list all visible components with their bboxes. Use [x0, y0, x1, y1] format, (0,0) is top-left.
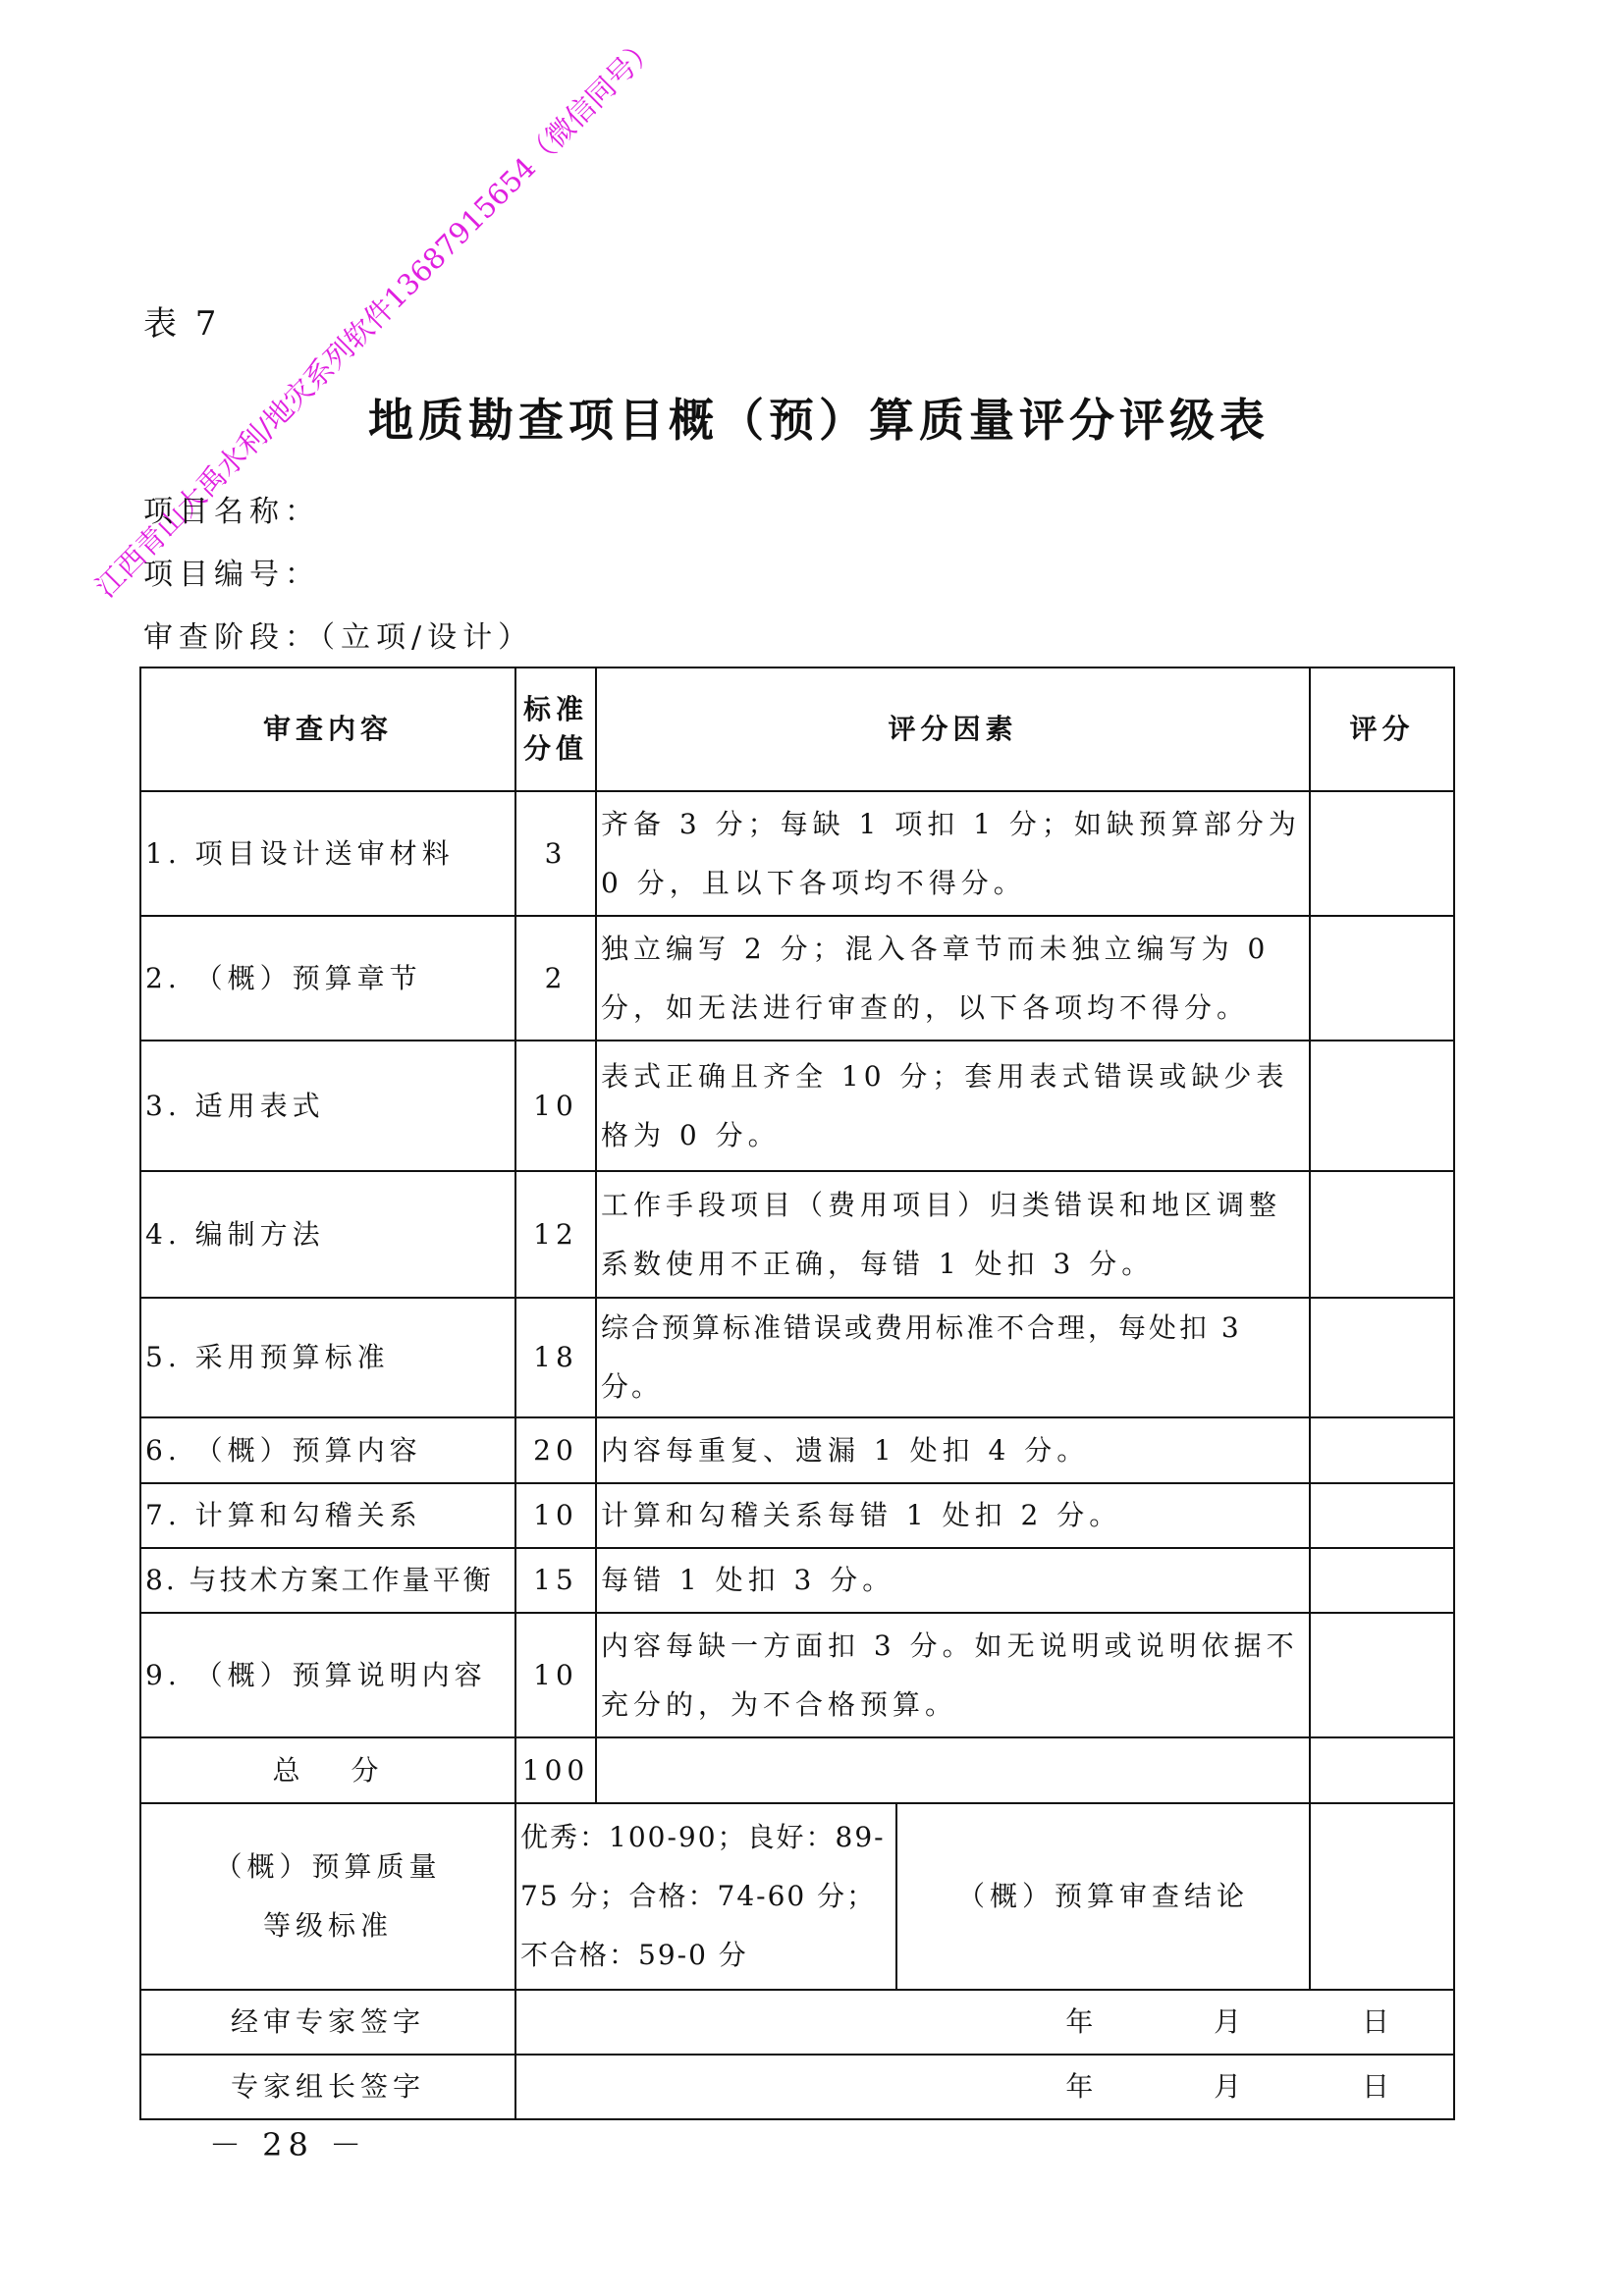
- row-score-input[interactable]: [1310, 1041, 1454, 1171]
- signature-field[interactable]: 年 月 日: [515, 2055, 1454, 2119]
- page-title: 地质勘查项目概（预）算质量评分评级表: [0, 385, 1624, 450]
- row-standard: 15: [515, 1548, 596, 1613]
- signature-row: 专家组长签字 年 月 日: [140, 2055, 1454, 2119]
- row-content: 7. 计算和勾稽关系: [140, 1483, 515, 1548]
- total-score-input[interactable]: [1310, 1737, 1454, 1803]
- row-standard: 10: [515, 1483, 596, 1548]
- row-standard: 2: [515, 916, 596, 1041]
- row-score-input[interactable]: [1310, 1417, 1454, 1483]
- table-label: 表 7: [143, 296, 220, 345]
- table-row: 2. （概）预算章节 2 独立编写 2 分；混入各章节而未独立编写为 0 分，如…: [140, 916, 1454, 1041]
- total-label: 总 分: [140, 1737, 515, 1803]
- project-number-label: 项目编号：: [143, 550, 320, 593]
- review-stage-label: 审查阶段：（立项/设计）: [143, 613, 533, 656]
- table-row: 1. 项目设计送审材料 3 齐备 3 分；每缺 1 项扣 1 分；如缺预算部分为…: [140, 791, 1454, 916]
- table-row: 4. 编制方法 12 工作手段项目（费用项目）归类错误和地区调整系数使用不正确，…: [140, 1171, 1454, 1298]
- row-content: 4. 编制方法: [140, 1171, 515, 1298]
- grade-row: （概）预算质量 等级标准 优秀：100-90；良好：89-75 分；合格：74-…: [140, 1803, 1454, 1990]
- row-standard: 20: [515, 1417, 596, 1483]
- signature-row: 经审专家签字 年 月 日: [140, 1990, 1454, 2055]
- row-score-input[interactable]: [1310, 1171, 1454, 1298]
- grade-label-line1: （概）预算质量: [145, 1838, 511, 1896]
- row-content: 3. 适用表式: [140, 1041, 515, 1171]
- signature-label: 专家组长签字: [140, 2055, 515, 2119]
- grade-label-line2: 等级标准: [145, 1896, 511, 1955]
- row-factor: 齐备 3 分；每缺 1 项扣 1 分；如缺预算部分为 0 分，且以下各项均不得分…: [596, 791, 1310, 916]
- table-row: 3. 适用表式 10 表式正确且齐全 10 分；套用表式错误或缺少表格为 0 分…: [140, 1041, 1454, 1171]
- row-score-input[interactable]: [1310, 1483, 1454, 1548]
- row-factor: 内容每缺一方面扣 3 分。如无说明或说明依据不充分的，为不合格预算。: [596, 1613, 1310, 1737]
- row-standard: 12: [515, 1171, 596, 1298]
- row-factor: 计算和勾稽关系每错 1 处扣 2 分。: [596, 1483, 1310, 1548]
- table-row: 6. （概）预算内容 20 内容每重复、遗漏 1 处扣 4 分。: [140, 1417, 1454, 1483]
- header-score: 评分: [1310, 667, 1454, 791]
- row-content: 5. 采用预算标准: [140, 1298, 515, 1417]
- row-score-input[interactable]: [1310, 1613, 1454, 1737]
- row-content: 1. 项目设计送审材料: [140, 791, 515, 916]
- scoring-table: 审查内容 标准 分值 评分因素 评分 1. 项目设计送审材料 3 齐备 3 分；…: [139, 667, 1455, 2120]
- total-standard: 100: [515, 1737, 596, 1803]
- signature-day: 日: [1362, 2057, 1394, 2116]
- row-score-input[interactable]: [1310, 916, 1454, 1041]
- row-content: 9. （概）预算说明内容: [140, 1613, 515, 1737]
- header-content: 审查内容: [140, 667, 515, 791]
- row-standard: 18: [515, 1298, 596, 1417]
- row-content: 2. （概）预算章节: [140, 916, 515, 1041]
- row-factor: 综合预算标准错误或费用标准不合理，每处扣 3 分。: [596, 1298, 1310, 1417]
- row-score-input[interactable]: [1310, 791, 1454, 916]
- table-header-row: 审查内容 标准 分值 评分因素 评分: [140, 667, 1454, 791]
- signature-field[interactable]: 年 月 日: [515, 1990, 1454, 2055]
- row-standard: 10: [515, 1613, 596, 1737]
- signature-year: 年: [1065, 2057, 1098, 2116]
- conclusion-input[interactable]: [1310, 1803, 1454, 1990]
- row-factor: 工作手段项目（费用项目）归类错误和地区调整系数使用不正确，每错 1 处扣 3 分…: [596, 1171, 1310, 1298]
- page-number: － 28 －: [209, 2120, 367, 2165]
- conclusion-label: （概）预算审查结论: [896, 1803, 1310, 1990]
- table-row: 7. 计算和勾稽关系 10 计算和勾稽关系每错 1 处扣 2 分。: [140, 1483, 1454, 1548]
- signature-year: 年: [1065, 1993, 1098, 2052]
- total-factor: [596, 1737, 1310, 1803]
- signature-month: 月: [1214, 1993, 1246, 2052]
- row-content: 6. （概）预算内容: [140, 1417, 515, 1483]
- grade-criteria: 优秀：100-90；良好：89-75 分；合格：74-60 分；不合格：59-0…: [515, 1803, 896, 1990]
- row-factor: 独立编写 2 分；混入各章节而未独立编写为 0 分，如无法进行审查的，以下各项均…: [596, 916, 1310, 1041]
- row-standard: 3: [515, 791, 596, 916]
- row-factor: 表式正确且齐全 10 分；套用表式错误或缺少表格为 0 分。: [596, 1041, 1310, 1171]
- signature-month: 月: [1214, 2057, 1246, 2116]
- row-standard: 10: [515, 1041, 596, 1171]
- header-factors: 评分因素: [596, 667, 1310, 791]
- project-name-label: 项目名称：: [143, 487, 320, 530]
- signature-label: 经审专家签字: [140, 1990, 515, 2055]
- signature-day: 日: [1362, 1993, 1394, 2052]
- table-row: 5. 采用预算标准 18 综合预算标准错误或费用标准不合理，每处扣 3 分。: [140, 1298, 1454, 1417]
- header-standard-line2: 分值: [516, 729, 595, 769]
- row-score-input[interactable]: [1310, 1298, 1454, 1417]
- header-standard-line1: 标准: [516, 690, 595, 729]
- grade-label: （概）预算质量 等级标准: [140, 1803, 515, 1990]
- row-score-input[interactable]: [1310, 1548, 1454, 1613]
- row-factor: 内容每重复、遗漏 1 处扣 4 分。: [596, 1417, 1310, 1483]
- table-row: 8. 与技术方案工作量平衡 15 每错 1 处扣 3 分。: [140, 1548, 1454, 1613]
- table-row: 9. （概）预算说明内容 10 内容每缺一方面扣 3 分。如无说明或说明依据不充…: [140, 1613, 1454, 1737]
- row-content: 8. 与技术方案工作量平衡: [140, 1548, 515, 1613]
- header-standard-score: 标准 分值: [515, 667, 596, 791]
- total-row: 总 分 100: [140, 1737, 1454, 1803]
- row-factor: 每错 1 处扣 3 分。: [596, 1548, 1310, 1613]
